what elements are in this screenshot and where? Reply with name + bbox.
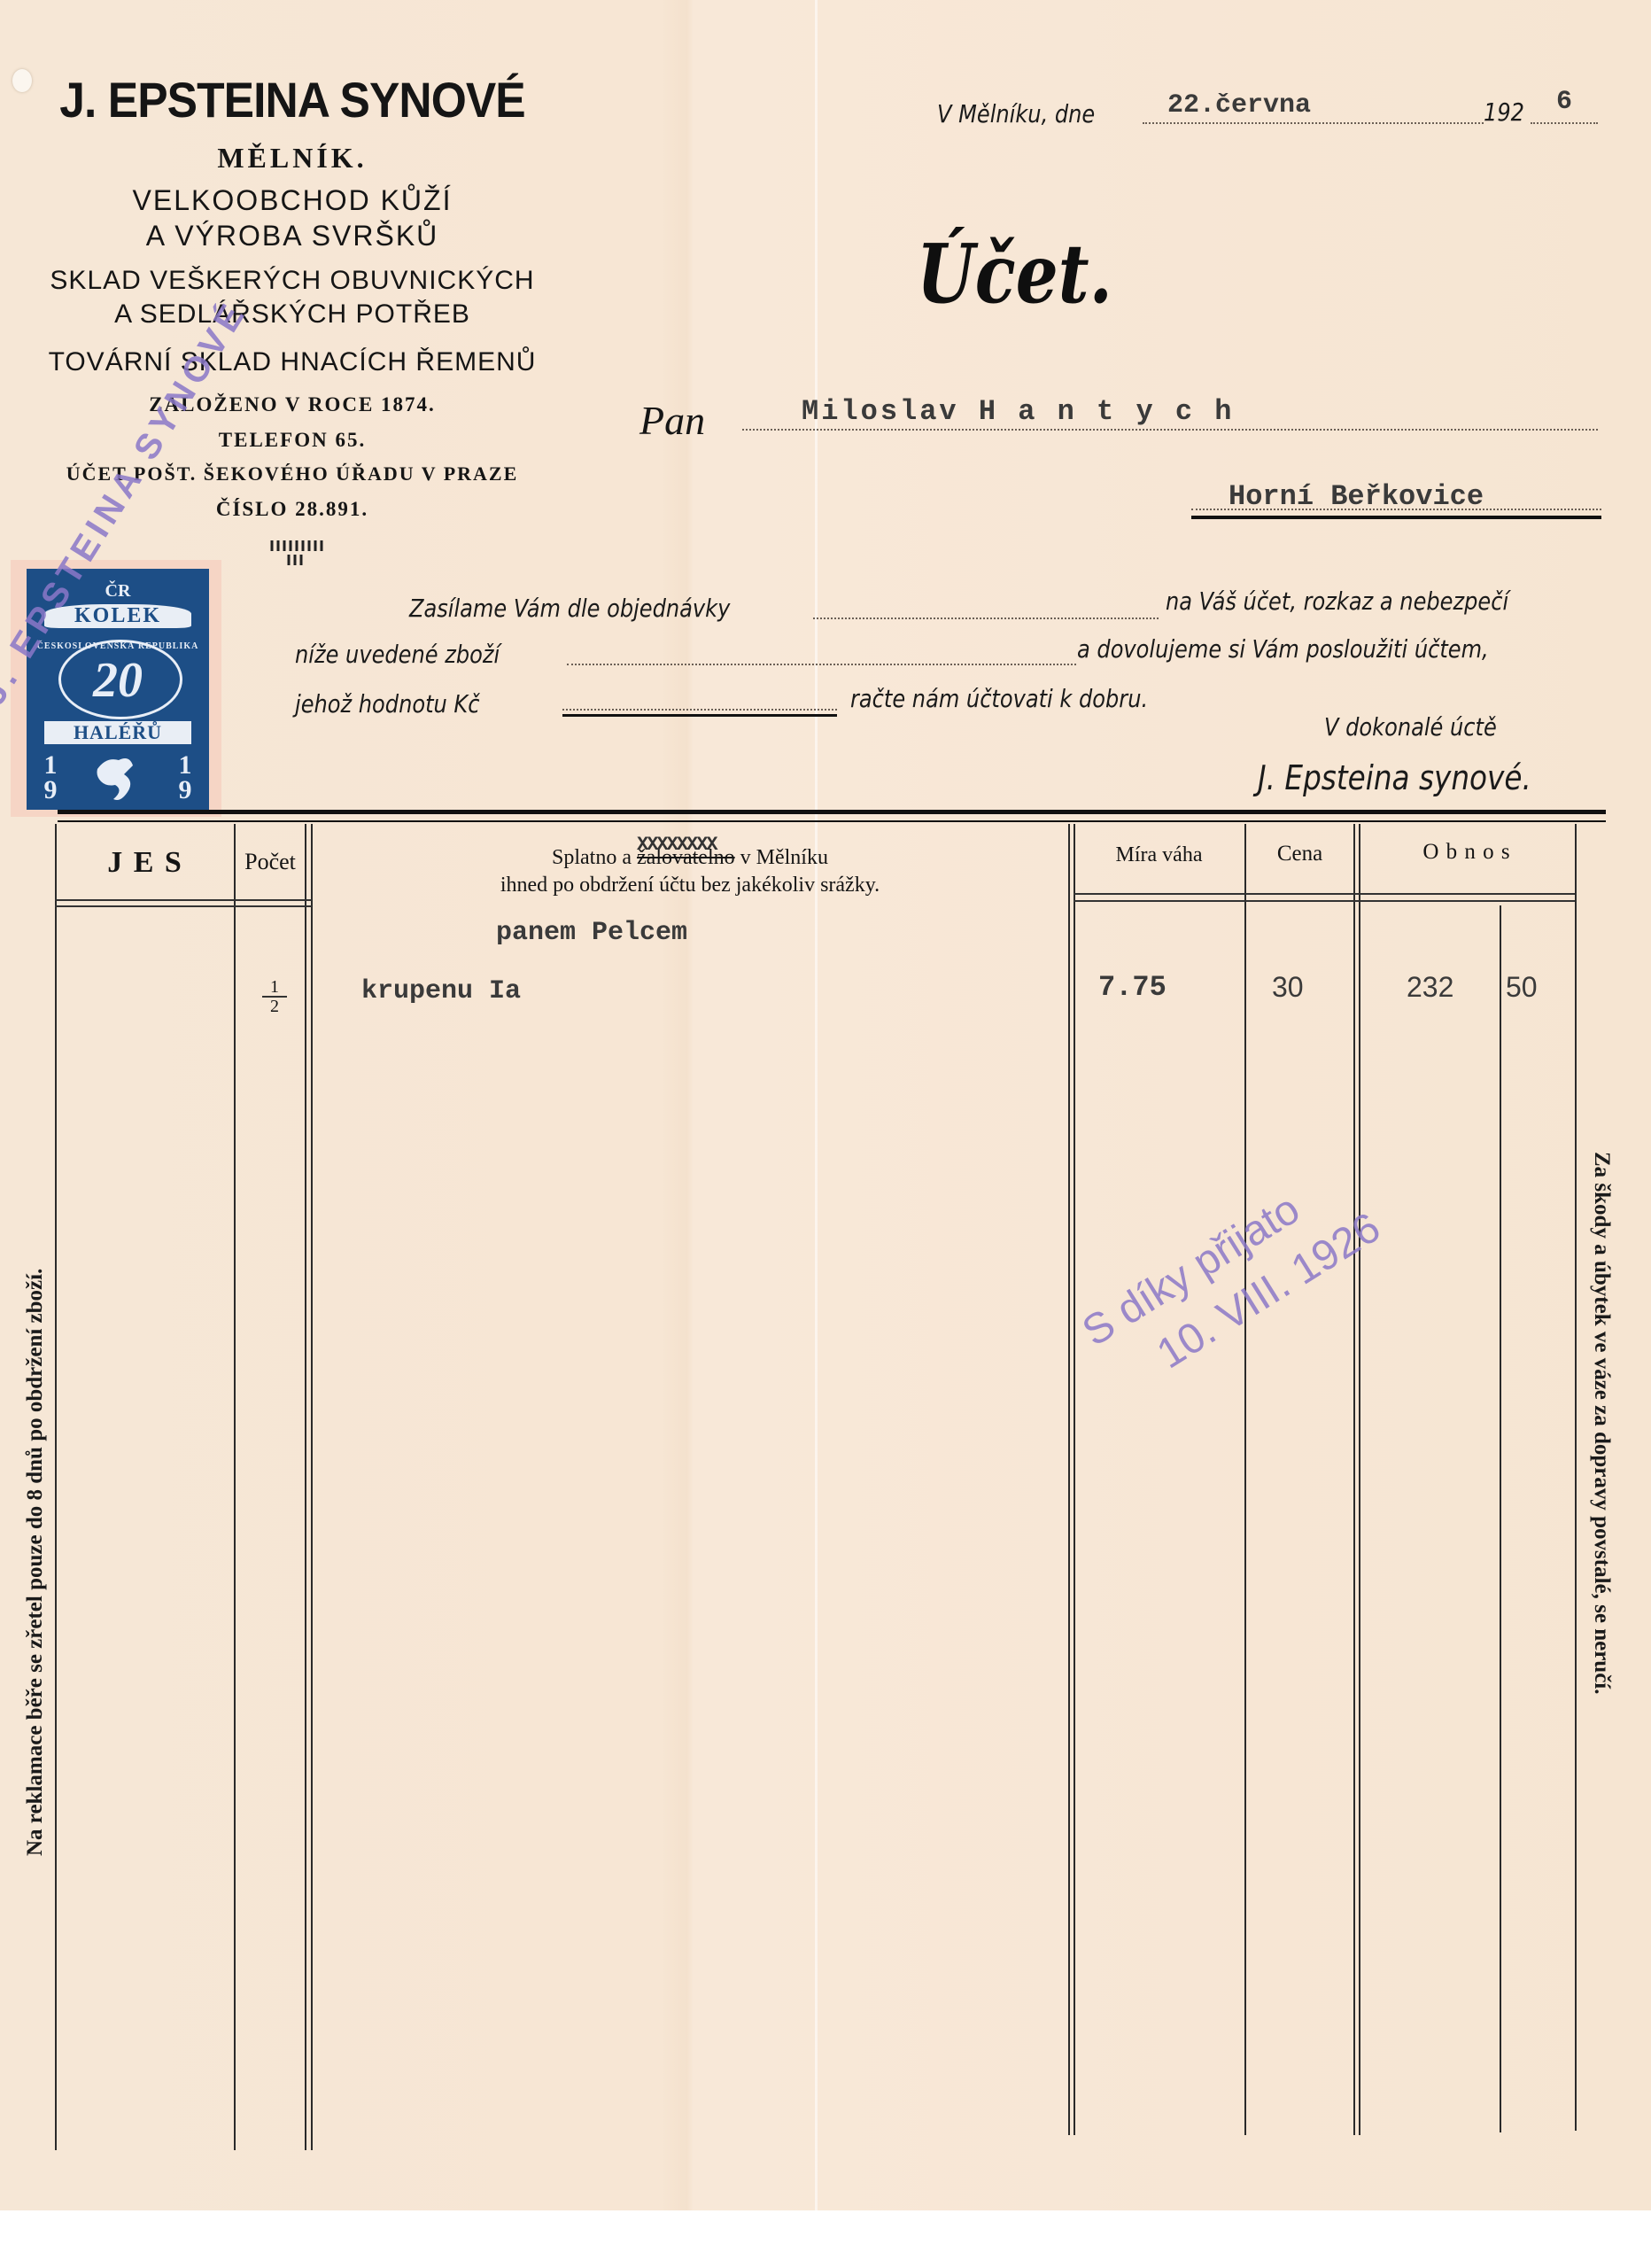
col-line-price-b	[1359, 824, 1360, 2135]
col-line-price-a	[1353, 824, 1355, 2135]
value-underline	[562, 714, 837, 717]
order-dotted-line	[813, 617, 1159, 619]
header-divider-right-b	[1074, 900, 1575, 902]
col-line-right	[1575, 824, 1577, 2131]
header-mark: J E S	[55, 846, 236, 880]
date-typed[interactable]: 22.června	[1167, 90, 1311, 120]
company-name: J. EPSTEINA SYNOVÉ	[23, 71, 561, 128]
table-top-thin-rule	[58, 820, 1606, 822]
goods-dotted-line	[567, 664, 1076, 665]
company-city: MĚLNÍK.	[0, 142, 585, 175]
header-amount: O b n o s	[1359, 840, 1575, 865]
date-dotted-line	[1143, 122, 1484, 124]
side-note-right: Za škody a úbytek ve váze za dopravy pov…	[1589, 1152, 1614, 1695]
row-count[interactable]: 1 2	[262, 978, 287, 1015]
invoice-paper	[0, 0, 1651, 2210]
delivery-note[interactable]: panem Pelcem	[496, 918, 687, 948]
row-price[interactable]: 30	[1272, 971, 1304, 1004]
body-line3-end: račte nám účtovati k dobru.	[850, 684, 1148, 713]
col-line-measure	[1244, 824, 1246, 2135]
business-line-5: TOVÁRNÍ SKLAD HNACÍCH ŘEMENŮ	[0, 347, 585, 377]
header-desc-payable: Splatno a	[552, 846, 632, 869]
col-line-desc-b	[1074, 824, 1075, 2135]
founded-line: ZALOŽENO V ROCE 1874.	[0, 393, 585, 416]
row-description[interactable]: krupenu Ia	[361, 976, 521, 1006]
year-prefix: 192	[1484, 97, 1524, 127]
business-line-4: A SEDLÁŘSKÝCH POTŘEB	[0, 299, 585, 330]
body-line2-end: a dovolujeme si Vám posloužiti účtem,	[1077, 634, 1489, 664]
row-amount-h[interactable]: 50	[1506, 971, 1538, 1004]
recipient-name[interactable]: Miloslav H a n t y c h	[802, 395, 1234, 428]
body-line1-end: na Váš účet, rozkaz a nebezpečí	[1166, 586, 1508, 616]
header-measure: Míra váha	[1074, 843, 1244, 867]
year-dotted-line	[1531, 122, 1598, 124]
stamp-unit: HALÉŘŮ	[44, 721, 191, 744]
count-denominator: 2	[262, 998, 287, 1015]
col-line-count-b	[311, 824, 313, 2150]
place-dotted-line	[1191, 509, 1601, 510]
body-line2-start: níže uvedené zboží	[295, 640, 500, 669]
stamp-year-right: 1 9	[172, 753, 198, 803]
header-divider-left-b	[55, 905, 312, 907]
lion-icon	[89, 751, 147, 806]
count-numerator: 1	[262, 978, 287, 998]
closing: V dokonalé úctě	[1324, 712, 1497, 742]
ornament-icon	[269, 539, 324, 567]
col-line-left	[55, 824, 57, 2150]
document-title: Účet.	[917, 226, 1112, 322]
header-price: Cena	[1244, 842, 1355, 866]
body-line3-start: jehož hodnotu Kč	[295, 689, 479, 718]
paper-fold	[815, 0, 818, 2210]
body-line1-start: Zasílame Vám dle objednávky	[409, 594, 730, 623]
header-description-line1: Splatno a žalovatelnoXXXXXXXX v Mělníku	[312, 846, 1068, 870]
header-count: Počet	[234, 849, 306, 875]
dateline-place: V Mělníku, dne	[937, 99, 1095, 128]
header-description-line2: ihned po obdržení účtu bez jakékoliv srá…	[312, 874, 1068, 897]
col-line-amount-split	[1500, 905, 1501, 2132]
header-desc-place: v Mělníku	[740, 846, 828, 869]
postal-account-line: ÚČET POŠT. ŠEKOVÉHO ÚŘADU V PRAZE	[0, 462, 585, 485]
row-amount-kc[interactable]: 232	[1407, 971, 1453, 1004]
value-dotted-line	[562, 709, 837, 711]
business-line-3: SKLAD VEŠKERÝCH OBUVNICKÝCH	[0, 266, 585, 296]
year-typed[interactable]: 6	[1556, 87, 1572, 117]
col-line-mark	[234, 824, 236, 2150]
name-dotted-line	[742, 429, 1598, 431]
side-note-left: Na reklamace běře se zřetel pouze do 8 d…	[23, 1269, 48, 1856]
stamp-year-left: 1 9	[37, 753, 64, 803]
phone-line: TELEFON 65.	[0, 429, 585, 452]
business-line-1: VELKOOBCHOD KŮŽÍ	[0, 184, 585, 217]
col-line-count-a	[305, 824, 306, 2150]
header-divider-right-a	[1074, 893, 1575, 895]
table-top-heavy-rule	[58, 810, 1606, 814]
business-line-2: A VÝROBA SVRŠKŮ	[0, 220, 585, 252]
col-line-desc-a	[1068, 824, 1070, 2135]
place-underline	[1191, 516, 1601, 519]
stamp-ring-text: ČESKOSLOVENSKÁ REPUBLIKA	[27, 641, 209, 651]
header-divider-left-a	[55, 899, 312, 901]
salutation: Pan	[639, 397, 705, 444]
stamp-value: 20	[27, 652, 209, 709]
signature: J. Epsteina synové.	[1258, 758, 1531, 797]
row-measure[interactable]: 7.75	[1098, 971, 1167, 1004]
header-desc-struck: žalovatelnoXXXXXXXX	[637, 846, 735, 869]
